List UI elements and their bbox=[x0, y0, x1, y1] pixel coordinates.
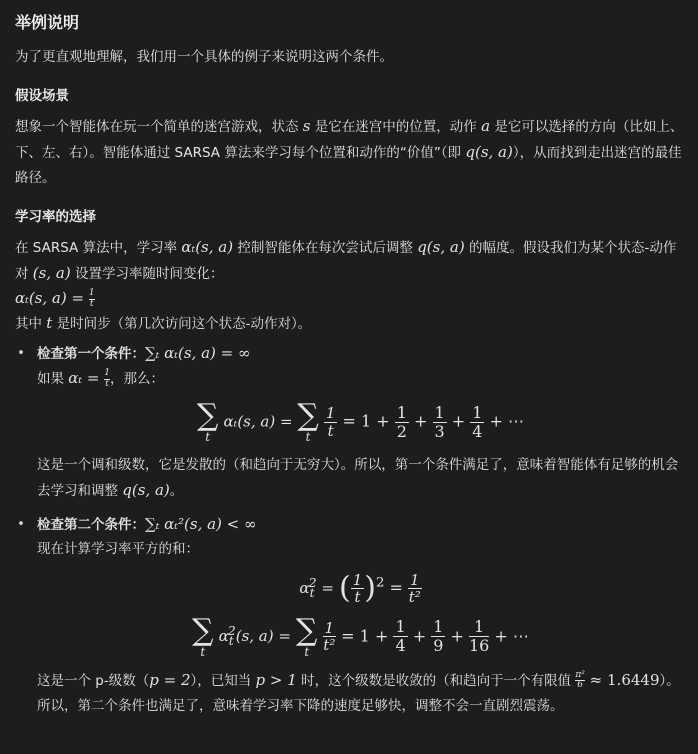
lr-heading: 学习率的选择 bbox=[15, 205, 684, 225]
lr-text: 在 SARSA 算法中，学习率 αₜ(s, a) 控制智能体在每次尝试后调整 q… bbox=[15, 235, 684, 287]
condition-1: 检查第一个条件：∑ₜ αₜ(s, a) = ∞ 如果 αₜ = 1t，那么： ∑… bbox=[37, 341, 684, 504]
lr-formula: αₜ(s, a) = 1t bbox=[15, 287, 684, 310]
condition-2: 检查第二个条件：∑ₜ αₜ²(s, a) < ∞ 现在计算学习率平方的和： αt… bbox=[37, 512, 684, 719]
intro-text: 为了更直观地理解，我们用一个具体的例子来说明这两个条件。 bbox=[15, 45, 684, 70]
scenario-text: 想象一个智能体在玩一个简单的迷宫游戏，状态 s 是它在迷宫中的位置，动作 a 是… bbox=[15, 114, 684, 191]
harmonic-series: ∑t αₜ(s, a) = ∑t 1t = 1 + 12 + 13 + 14 +… bbox=[37, 401, 684, 443]
document: 举例说明 为了更直观地理解，我们用一个具体的例子来说明这两个条件。 假设场景 想… bbox=[0, 0, 698, 719]
p-series: ∑t αt2(s, a) = ∑t 1t² = 1 + 14 + 19 + 11… bbox=[37, 616, 684, 658]
lr-note: 其中 t 是时间步（第几次访问这个状态-动作对）。 bbox=[15, 310, 684, 337]
scenario-heading: 假设场景 bbox=[15, 84, 684, 104]
page-title: 举例说明 bbox=[15, 10, 684, 33]
alpha-squared: αt2 = (1t)2 = 1t² bbox=[37, 571, 684, 606]
conditions-list: 检查第一个条件：∑ₜ αₜ(s, a) = ∞ 如果 αₜ = 1t，那么： ∑… bbox=[15, 341, 684, 719]
